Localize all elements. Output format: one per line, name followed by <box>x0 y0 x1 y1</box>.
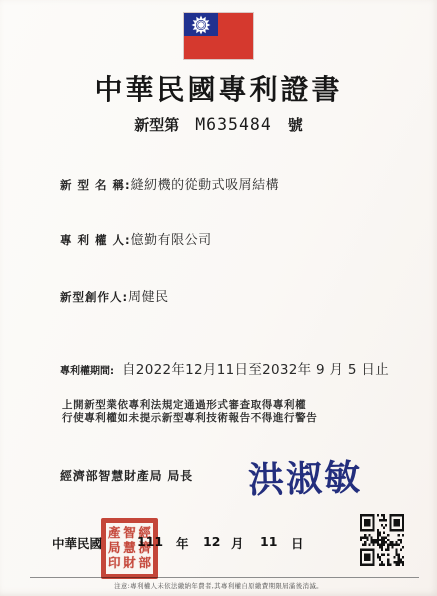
footnote-text: 注意:專利權人未依法繳納年費者,其專利權自原繳費期限屆滿後消滅。 <box>0 581 437 590</box>
field-creator: 新型創作人:周健民 <box>60 286 169 305</box>
field-label: 新型創作人: <box>60 290 128 304</box>
field-label: 專利權期間: <box>60 366 114 377</box>
date-year-unit: 年 <box>176 534 189 552</box>
director-general-signature: 洪淑敏 <box>247 450 362 504</box>
field-value: 億勤有限公司 <box>131 233 212 248</box>
field-label: 新 型 名 稱: <box>60 178 131 192</box>
certificate-number-line: 新型第M635484號 <box>0 114 437 135</box>
legal-line: 上開新型業依專利法規定通過形式審查取得專利權 <box>62 399 317 412</box>
official-red-seal: 經濟部 智慧財 產局印 <box>101 518 158 579</box>
field-patent-term: 專利權期間:自2022年12月11日至2032年 9 月 5 日止 <box>60 358 389 378</box>
certificate-title: 中華民國專利證書 <box>0 68 437 108</box>
field-utility-model-name: 新 型 名 稱:縫紉機的從動式吸屑結構 <box>60 174 279 193</box>
flag-canton <box>184 13 218 36</box>
date-day: 11 <box>260 534 277 549</box>
legal-notice: 上開新型業依專利法規定通過形式審查取得專利權 行使專利權如未提示新型專利技術報告… <box>62 399 317 424</box>
issuing-office-title: 經濟部智慧財產局 局長 <box>60 467 193 484</box>
field-value: 周健民 <box>128 290 169 305</box>
qr-code <box>360 514 404 566</box>
legal-line: 行使專利權如未提示新型專利技術報告不得進行警告 <box>62 412 317 425</box>
field-value: 縫紉機的從動式吸屑結構 <box>131 178 280 193</box>
date-month: 12 <box>203 534 220 549</box>
patent-certificate-page: 中華民國專利證書 新型第M635484號 新 型 名 稱:縫紉機的從動式吸屑結構… <box>0 0 437 596</box>
number-prefix: 新型第 <box>134 116 179 134</box>
field-value: 自2022年12月11日至2032年 9 月 5 日止 <box>122 362 389 378</box>
date-month-unit: 月 <box>231 534 244 552</box>
roc-flag <box>184 13 253 59</box>
field-label: 專 利 權 人: <box>60 233 131 247</box>
date-era: 中華民國 <box>52 534 102 552</box>
footer-divider <box>30 577 419 578</box>
number-suffix: 號 <box>288 116 303 134</box>
white-sun-icon <box>190 14 212 36</box>
seal-column: 產局印 <box>108 526 121 570</box>
seal-column: 智慧財 <box>123 526 136 570</box>
seal-column: 經濟部 <box>139 526 152 570</box>
certificate-number: M635484 <box>195 115 272 134</box>
date-day-unit: 日 <box>291 534 304 552</box>
field-patentee: 專 利 權 人:億勤有限公司 <box>60 229 212 248</box>
seal-characters: 經濟部 智慧財 產局印 <box>106 526 153 570</box>
